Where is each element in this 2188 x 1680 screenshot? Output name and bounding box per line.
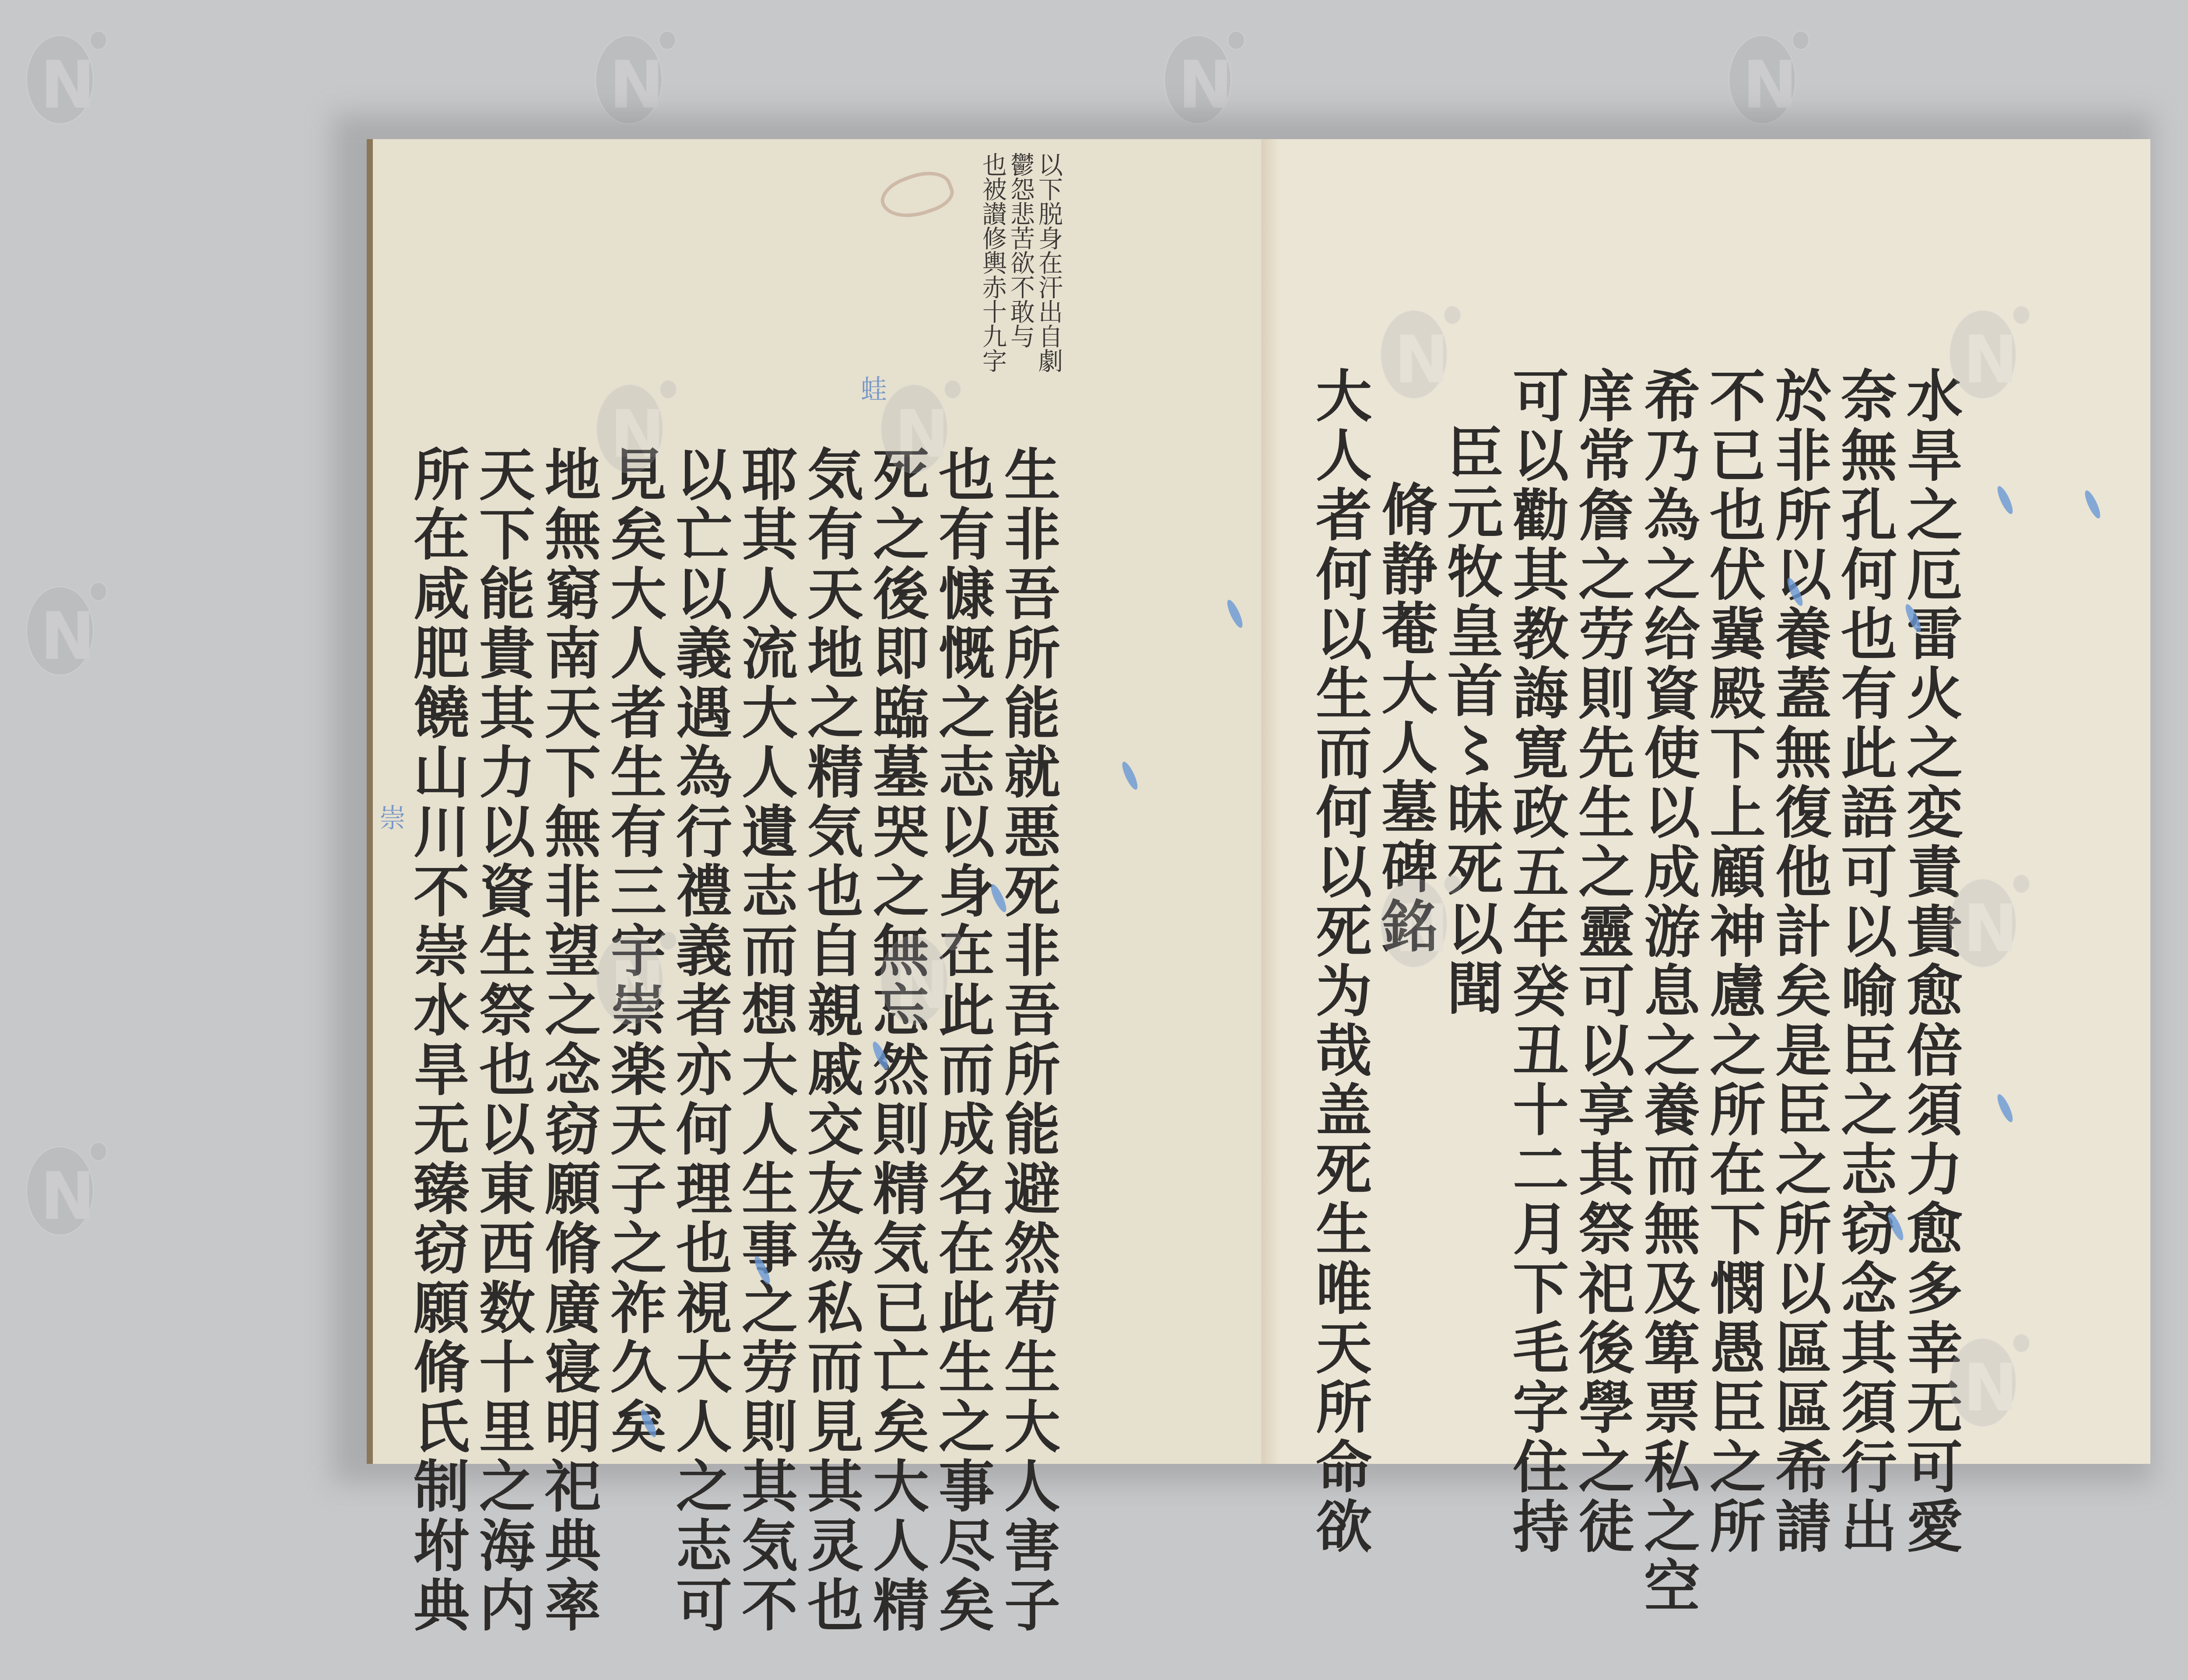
text-column: 希乃為之给資使以成游息之養而無及箄票私之空 bbox=[1630, 367, 1695, 1417]
text-column: 也有慷慨之志以身在此而成名在此生之事尽矣 bbox=[924, 445, 990, 1434]
text-column: 庠常詹之劳則先生之靈可以享其祭祀後學之徒 bbox=[1564, 367, 1630, 1417]
text-column: 奈無孔何也有此語可以喻臣之志窃念其須行出 bbox=[1827, 367, 1892, 1417]
left-page: 以下脱身在汗出自劇 鬱怨悲苦欲不敢与 也被讃修輿赤十九字 蛙 崇 生非吾所能就悪… bbox=[373, 139, 1261, 1464]
right-text-columns: 水旱之厄雷火之変責貴愈倍須力愈多幸无可愛 奈無孔何也有此語可以喻臣之志窃念其須行… bbox=[1301, 367, 1958, 1417]
open-book: 以下脱身在汗出自劇 鬱怨悲苦欲不敢与 也被讃修輿赤十九字 蛙 崇 生非吾所能就悪… bbox=[367, 139, 2149, 1464]
text-column: 天下能貴其力以資生祭也以東西数十里之海内 bbox=[465, 445, 530, 1434]
left-text-columns: 生非吾所能就悪死非吾所能避然苟生大人害子 也有慷慨之志以身在此而成名在此生之事尽… bbox=[399, 445, 1055, 1434]
text-column: 耶其人流大人遺志而想大人生事之劳則其気不 bbox=[727, 445, 793, 1434]
watermark-logo: N bbox=[13, 569, 109, 682]
text-column: 以亡以義遇為行禮義者亦何理也視大人之志可 bbox=[662, 445, 727, 1434]
text-column: 水旱之厄雷火之変責貴愈倍須力愈多幸无可愛 bbox=[1892, 367, 1958, 1417]
text-column: 所在咸肥饒山川不崇水旱无臻窃願脩氏制坿典 bbox=[399, 445, 465, 1434]
text-column: 死之後即臨墓哭之無忘然則精気已亡矣大人精 bbox=[859, 445, 924, 1434]
left-annotation: 以下脱身在汗出自劇 鬱怨悲苦欲不敢与 也被讃修輿赤十九字 bbox=[977, 152, 1061, 373]
watermark-logo: N bbox=[13, 1129, 109, 1242]
text-column: 於非所以養蓋無復他計矣是臣之所以區區希請 bbox=[1761, 367, 1827, 1417]
blue-note: 蛙 bbox=[859, 375, 885, 402]
annotation-line: 鬱怨悲苦欲不敢与 bbox=[1005, 152, 1033, 373]
text-column: 見矣大人者生有三宇崇楽天子之祚久矣 bbox=[596, 445, 662, 1434]
text-column: 可以勸其教誨寛政五年癸丑十二月下毛字住持 bbox=[1498, 367, 1564, 1417]
text-column: 脩静菴大人墓碑銘 bbox=[1367, 367, 1433, 1417]
string-stain bbox=[876, 163, 958, 227]
watermark-logo: N bbox=[13, 17, 109, 131]
text-column: 臣元牧皇首〻昧死以聞 bbox=[1433, 367, 1498, 1417]
text-column: 生非吾所能就悪死非吾所能避然苟生大人害子 bbox=[990, 445, 1055, 1434]
text-column: 不已也伏冀殿下上顧神慮之所在下憫愚臣之所 bbox=[1695, 367, 1761, 1417]
text-column: 気有天地之精気也自親戚交友為私而見其灵也 bbox=[793, 445, 859, 1434]
right-page: 水旱之厄雷火之変責貴愈倍須力愈多幸无可愛 奈無孔何也有此語可以喻臣之志窃念其須行… bbox=[1261, 139, 2150, 1464]
text-column: 大人者何以生而何以死为哉盖死生唯天所命欲 bbox=[1301, 367, 1367, 1417]
text-column: 地無窮南天下無非望之念窃願脩廣寝明祀典率 bbox=[530, 445, 596, 1434]
annotation-line: 也被讃修輿赤十九字 bbox=[977, 152, 1005, 373]
annotation-line: 以下脱身在汗出自劇 bbox=[1033, 152, 1061, 373]
